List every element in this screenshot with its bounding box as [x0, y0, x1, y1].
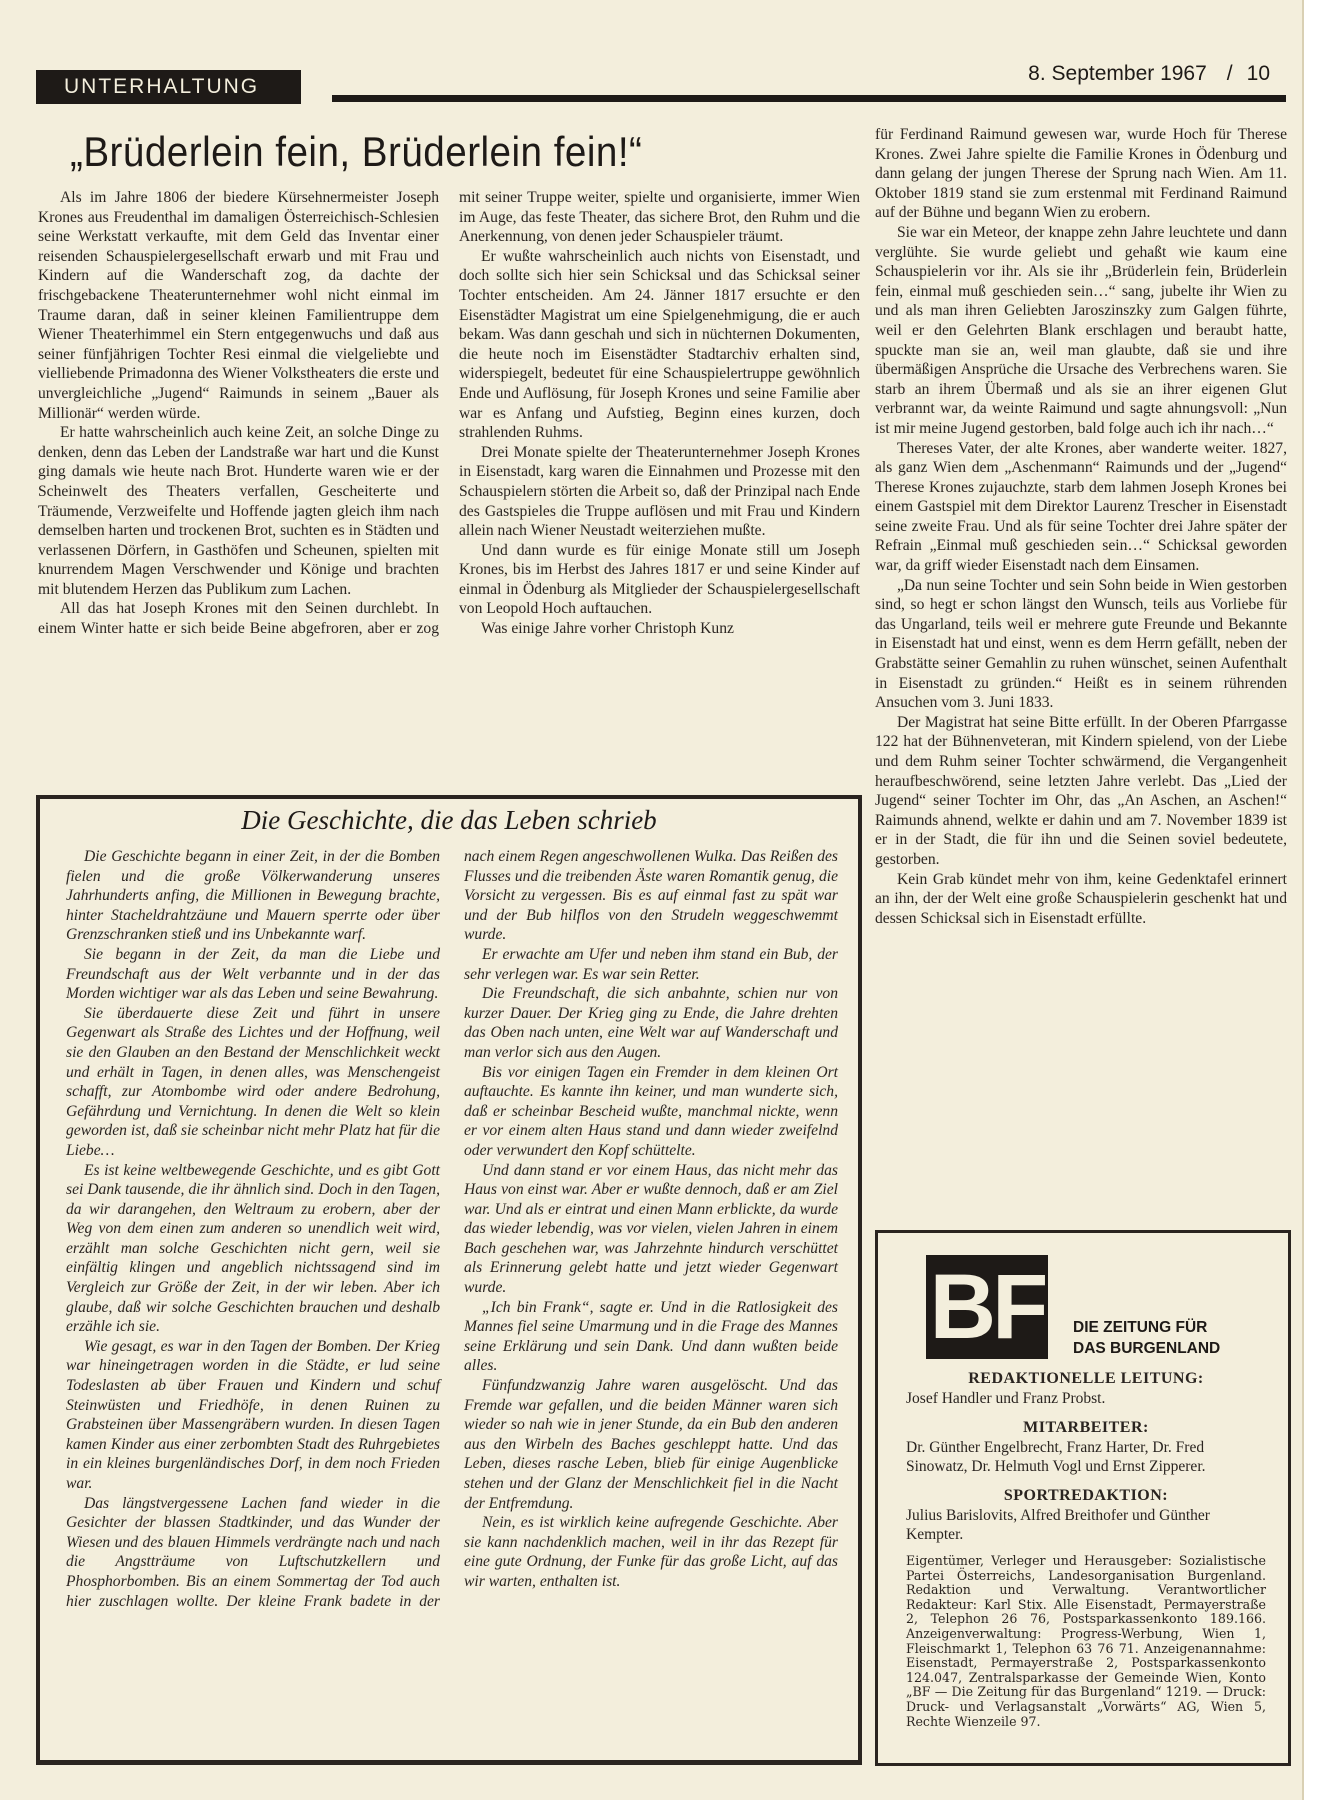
article-paragraph: „Da nun seine Tochter und sein Sohn beid…: [875, 576, 1287, 713]
issue-date: 8. September 1967: [1028, 62, 1207, 85]
story-paragraph: Die Geschichte begann in einer Zeit, in …: [66, 847, 440, 945]
article-paragraph: Der Magistrat hat seine Bitte erfüllt. I…: [875, 713, 1287, 870]
article-paragraph: Drei Monate spielte der Theaterunternehm…: [459, 443, 860, 541]
boxed-story: Die Geschichte, die das Leben schrieb Di…: [36, 795, 862, 1765]
story-paragraph: Sie begann in der Zeit, da man die Liebe…: [66, 945, 440, 1004]
article-body-left: Als im Jahre 1806 der biedere Kürsehnerm…: [38, 188, 860, 768]
boxed-story-title: Die Geschichte, die das Leben schrieb: [40, 805, 858, 836]
bf-logo: BF: [926, 1255, 1048, 1359]
tagline-line-2: DAS BURGENLAND: [1073, 1338, 1273, 1359]
boxed-story-body: Die Geschichte begann in einer Zeit, in …: [66, 847, 838, 1757]
section-label: UNTERHALTUNG: [36, 70, 301, 104]
page-number: 10: [1247, 62, 1270, 85]
masthead-box: BF DIE ZEITUNG FÜR DAS BURGENLAND REDAKT…: [875, 1230, 1291, 1766]
article-paragraph: Er hatte wahrscheinlich auch keine Zeit,…: [38, 423, 439, 599]
article-paragraph: Was einige Jahre vorher Christoph Kunz: [459, 619, 860, 639]
story-paragraph: Er erwachte am Ufer und neben ihm stand …: [464, 945, 838, 984]
editorial-heading: REDAKTIONELLE LEITUNG:: [906, 1369, 1266, 1389]
header-rule: [332, 95, 1286, 102]
story-paragraph: Sie überdauerte diese Zeit und führt in …: [66, 1004, 440, 1161]
editorial-names: Josef Handler und Franz Probst.: [906, 1389, 1266, 1408]
article-paragraph: für Ferdinand Raimund gewesen war, wurde…: [875, 125, 1287, 223]
article-paragraph: Er wußte wahrscheinlich auch nichts von …: [459, 247, 860, 443]
newspaper-page: UNTERHALTUNG 8. September 1967/10 „Brüde…: [0, 0, 1304, 1800]
story-paragraph: Die Freundschaft, die sich anbahnte, sch…: [464, 984, 838, 1062]
article-headline: „Brüderlein fein, Brüderlein fein!“: [70, 128, 642, 176]
story-paragraph: Und dann stand er vor einem Haus, das ni…: [464, 1161, 838, 1298]
article-paragraph: Kein Grab kündet mehr von ihm, keine Ged…: [875, 870, 1287, 929]
sports-names: Julius Barislovits, Alfred Breithofer un…: [906, 1506, 1266, 1544]
sports-heading: SPORTREDAKTION:: [906, 1486, 1266, 1506]
story-paragraph: Wie gesagt, es war in den Tagen der Bomb…: [66, 1337, 440, 1494]
imprint-text: Eigentümer, Verleger und Herausgeber: So…: [906, 1554, 1266, 1729]
story-paragraph: Fünfundzwanzig Jahre waren ausgelöscht. …: [464, 1376, 838, 1513]
header-meta: 8. September 1967/10: [1028, 62, 1270, 86]
contributors-heading: MITARBEITER:: [906, 1418, 1266, 1438]
story-paragraph: Es ist keine weltbewegende Geschichte, u…: [66, 1161, 440, 1337]
article-paragraph: Sie war ein Meteor, der knappe zehn Jahr…: [875, 223, 1287, 439]
contributors-names: Dr. Günther Engelbrecht, Franz Harter, D…: [906, 1438, 1266, 1476]
article-paragraph: Und dann wurde es für einige Monate stil…: [459, 541, 860, 619]
masthead-credits: REDAKTIONELLE LEITUNG: Josef Handler und…: [906, 1369, 1266, 1729]
newspaper-tagline: DIE ZEITUNG FÜR DAS BURGENLAND: [1073, 1317, 1273, 1359]
date-separator: /: [1227, 62, 1233, 85]
story-paragraph: Nein, es ist wirklich keine aufregende G…: [464, 1513, 838, 1591]
tagline-line-1: DIE ZEITUNG FÜR: [1073, 1317, 1273, 1338]
article-paragraph: Thereses Vater, der alte Krones, aber wa…: [875, 439, 1287, 576]
story-paragraph: „Ich bin Frank“, sagte er. Und in die Ra…: [464, 1298, 838, 1376]
article-body-right: für Ferdinand Raimund gewesen war, wurde…: [875, 125, 1287, 928]
article-paragraph: Als im Jahre 1806 der biedere Kürsehnerm…: [38, 188, 439, 423]
story-paragraph: Bis vor einigen Tagen ein Fremder in dem…: [464, 1063, 838, 1161]
